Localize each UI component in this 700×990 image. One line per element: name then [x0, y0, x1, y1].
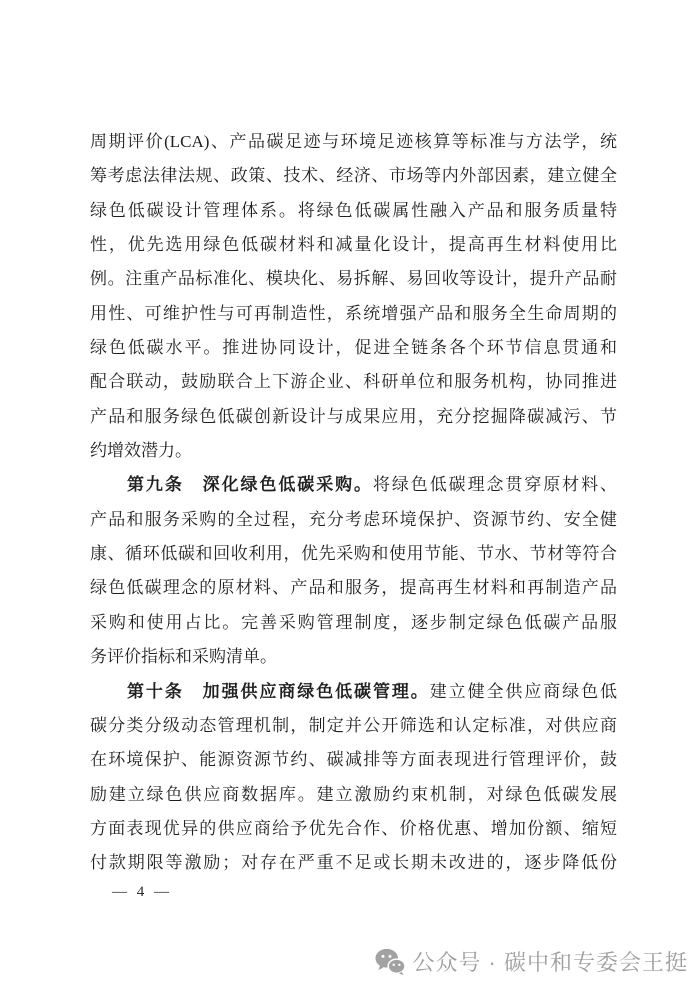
page-number: — 4 —: [112, 884, 172, 901]
text-line: 付款期限等激励；对存在严重不足或长期未改进的，逐步降低份: [90, 846, 617, 880]
text-line: 康、循环低碳和回收利用，优先采购和使用节能、节水、节材等符合: [90, 537, 617, 571]
text-line: 用性、可维护性与可再制造性，系统增强产品和服务全生命周期的: [90, 297, 617, 331]
text-line: 方面表现优异的供应商给予优先合作、价格优惠、增加份额、缩短: [90, 812, 617, 846]
text-line: 在环境保护、能源资源节约、碳减排等方面表现进行管理评价，鼓: [90, 743, 617, 777]
document-body: 周期评价(LCA)、产品碳足迹与环境足迹核算等标准与方法学，统 筹考虑法律法规、…: [90, 125, 617, 881]
article-10-line: 第十条 加强供应商绿色低碳管理。建立健全供应商绿色低: [90, 675, 617, 709]
article-10-heading: 第十条 加强供应商绿色低碳管理。: [127, 682, 430, 701]
article-9-line: 第九条 深化绿色低碳采购。将绿色低碳理念贯穿原材料、: [90, 468, 617, 502]
watermark-text: 公众号 · 碳中和专委会王挺: [412, 946, 688, 977]
text-line: 绿色低碳设计管理体系。将绿色低碳属性融入产品和服务质量特: [90, 194, 617, 228]
text-line: 配合联动，鼓励联合上下游企业、科研单位和服务机构，协同推进: [90, 365, 617, 399]
text-line: 励建立绿色供应商数据库。建立激励约束机制，对绿色低碳发展: [90, 778, 617, 812]
text-line: 例。注重产品标准化、模块化、易拆解、易回收等设计，提升产品耐: [90, 262, 617, 296]
text-line: 产品和服务绿色低碳创新设计与成果应用，充分挖掘降碳减污、节: [90, 400, 617, 434]
article-9-heading: 第九条 深化绿色低碳采购。: [127, 475, 373, 494]
text-line: 筹考虑法律法规、政策、技术、经济、市场等内外部因素，建立健全: [90, 159, 617, 193]
document-page: 周期评价(LCA)、产品碳足迹与环境足迹核算等标准与方法学，统 筹考虑法律法规、…: [0, 0, 700, 990]
article-10-body: 建立健全供应商绿色低: [430, 682, 617, 701]
paragraph-end-line: 务评价指标和采购清单。: [90, 640, 617, 674]
text-line: 采购和使用占比。完善采购管理制度，逐步制定绿色低碳产品服: [90, 606, 617, 640]
text-line: 性，优先选用绿色低碳材料和减量化设计，提高再生材料使用比: [90, 228, 617, 262]
text-line: 碳分类分级动态管理机制，制定并公开筛选和认定标准，对供应商: [90, 709, 617, 743]
article-9-body: 将绿色低碳理念贯穿原材料、: [373, 475, 617, 494]
wechat-icon: [375, 948, 405, 976]
text-line: 产品和服务采购的全过程，充分考虑环境保护、资源节约、安全健: [90, 503, 617, 537]
text-line: 绿色低碳理念的原材料、产品和服务，提高再生材料和再制造产品: [90, 571, 617, 605]
text-line: 周期评价(LCA)、产品碳足迹与环境足迹核算等标准与方法学，统: [90, 125, 617, 159]
watermark: 公众号 · 碳中和专委会王挺: [375, 946, 688, 977]
paragraph-end-line: 约增效潜力。: [90, 434, 617, 468]
text-line: 绿色低碳水平。推进协同设计，促进全链条各个环节信息贯通和: [90, 331, 617, 365]
